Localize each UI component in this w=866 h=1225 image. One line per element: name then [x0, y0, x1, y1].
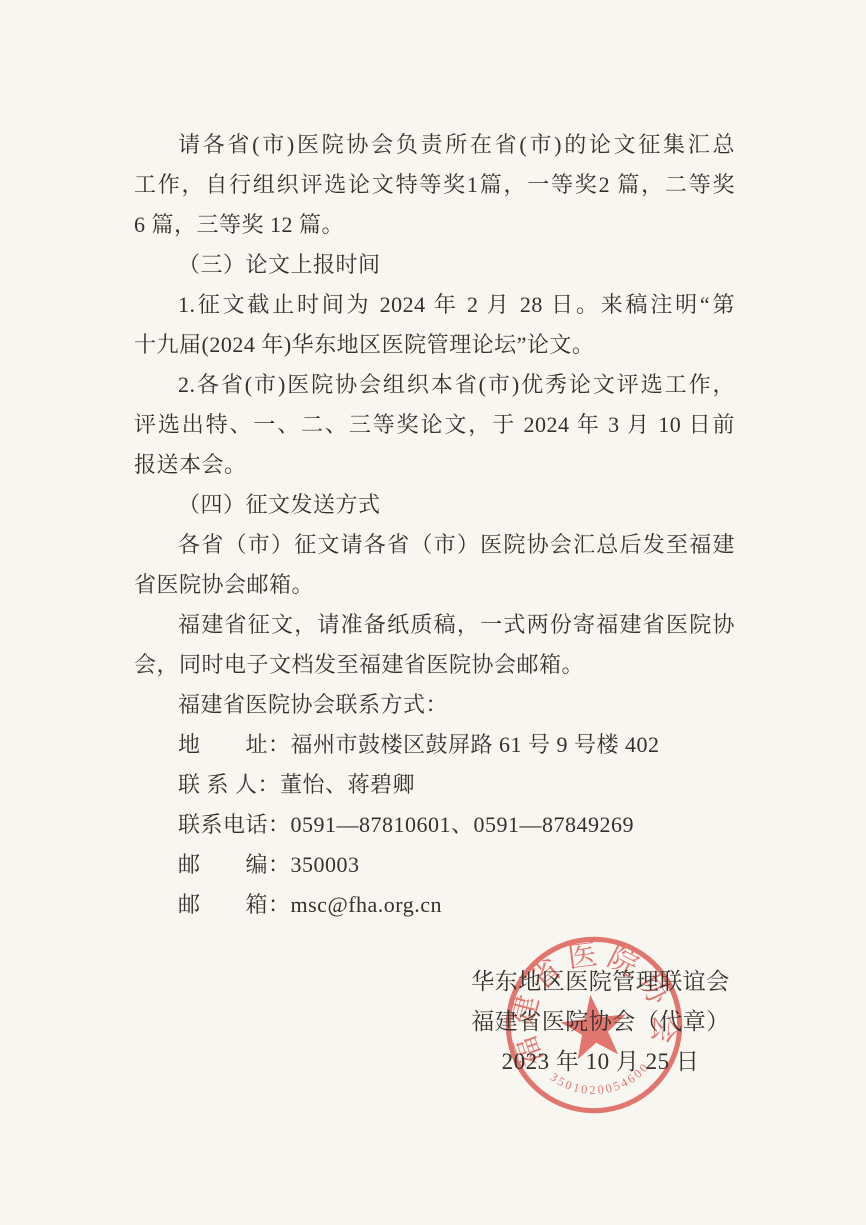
body-line: 省医院协会邮箱。 — [134, 565, 735, 605]
contact-address-line: 地 址：福州市鼓楼区鼓屏路 61 号 9 号楼 402 — [134, 725, 735, 765]
body-line: 会，同时电子文档发至福建省医院协会邮箱。 — [134, 645, 735, 685]
signature-org-1: 华东地区医院管理联谊会 — [428, 962, 773, 1002]
signature-org-2: 福建省医院协会（代章） — [428, 1002, 773, 1042]
body-line: 2.各省(市)医院协会组织本省(市)优秀论文评选工作， — [134, 365, 735, 405]
body-line: 福建省征文，请准备纸质稿，一式两份寄福建省医院协 — [134, 605, 735, 645]
document-body: 请各省(市)医院协会负责所在省(市)的论文征集汇总 工作，自行组织评选论文特等奖… — [134, 125, 735, 925]
contact-person-line: 联 系 人：董怡、蒋碧卿 — [134, 765, 735, 805]
signature-date: 2023 年 10 月 25 日 — [428, 1042, 773, 1082]
body-line: 各省（市）征文请各省（市）医院协会汇总后发至福建 — [134, 525, 735, 565]
contact-email-line: 邮 箱：msc@fha.org.cn — [134, 885, 735, 925]
body-line: 请各省(市)医院协会负责所在省(市)的论文征集汇总 — [134, 125, 735, 165]
body-line: 报送本会。 — [134, 445, 735, 485]
body-line: 6 篇，三等奖 12 篇。 — [134, 205, 735, 245]
section-heading-3: （三）论文上报时间 — [134, 245, 735, 285]
document-page: 请各省(市)医院协会负责所在省(市)的论文征集汇总 工作，自行组织评选论文特等奖… — [0, 0, 866, 1225]
body-line: 十九届(2024 年)华东地区医院管理论坛”论文。 — [134, 325, 735, 365]
contact-postcode-line: 邮 编：350003 — [134, 845, 735, 885]
signature-block: 华东地区医院管理联谊会 福建省医院协会（代章） 2023 年 10 月 25 日 — [428, 962, 773, 1082]
body-line: 1.征文截止时间为 2024 年 2 月 28 日。来稿注明“第 — [134, 285, 735, 325]
body-line: 工作，自行组织评选论文特等奖1篇，一等奖2 篇，二等奖 — [134, 165, 735, 205]
body-line: 评选出特、一、二、三等奖论文，于 2024 年 3 月 10 日前 — [134, 405, 735, 445]
contact-title-line: 福建省医院协会联系方式： — [134, 685, 735, 725]
contact-phone-line: 联系电话：0591—87810601、0591—87849269 — [134, 805, 735, 845]
section-heading-4: （四）征文发送方式 — [134, 485, 735, 525]
